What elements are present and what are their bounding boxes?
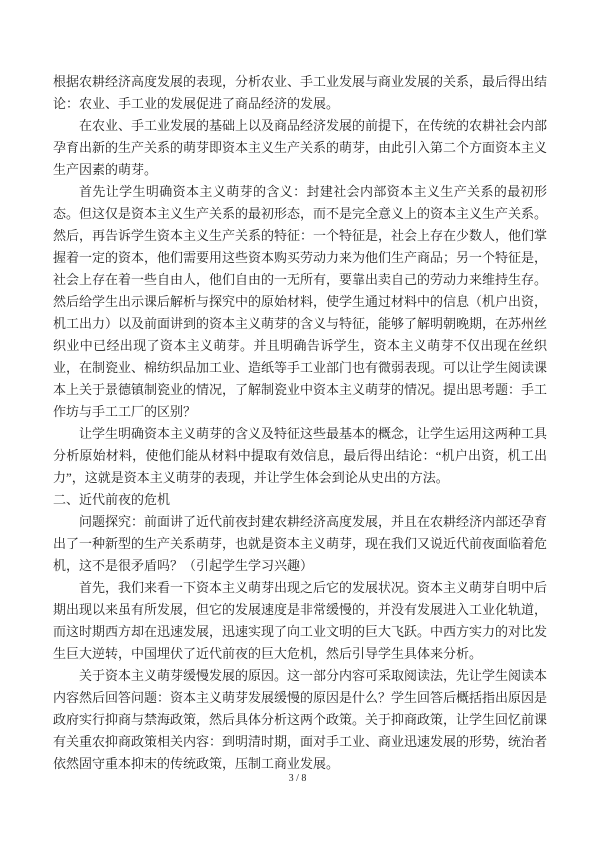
body-paragraph: 根据农耕经济高度发展的表现，分析农业、手工业发展与商业发展的关系，最后得出结论：… — [53, 71, 547, 115]
section-heading: 二、近代前夜的危机 — [53, 489, 547, 511]
body-paragraph: 在农业、手工业发展的基础上以及商品经济发展的前提下，在传统的农耕社会内部孕育出新… — [53, 115, 547, 181]
body-paragraph: 让学生明确资本主义萌芽的含义及特征这些最基本的概念，让学生运用这两种工具分析原始… — [53, 423, 547, 489]
page-body: 根据农耕经济高度发展的表现，分析农业、手工业发展与商业发展的关系，最后得出结论：… — [53, 71, 547, 775]
body-paragraph: 关于资本主义萌芽缓慢发展的原因。这一部分内容可采取阅读法，先让学生阅读本内容然后… — [53, 665, 547, 775]
body-paragraph: 问题探究：前面讲了近代前夜封建农耕经济高度发展，并且在农耕经济内部还孕育出了一种… — [53, 511, 547, 577]
body-paragraph: 首先让学生明确资本主义萌芽的含义：封建社会内部资本主义生产关系的最初形态。但这仅… — [53, 181, 547, 423]
page-footer: 3 / 8 — [0, 772, 595, 786]
page-number: 3 / 8 — [289, 773, 307, 784]
document-page: 根据农耕经济高度发展的表现，分析农业、手工业发展与商业发展的关系，最后得出结论：… — [0, 0, 595, 841]
body-paragraph: 首先，我们来看一下资本主义萌芽出现之后它的发展状况。资本主义萌芽自明中后期出现以… — [53, 577, 547, 665]
